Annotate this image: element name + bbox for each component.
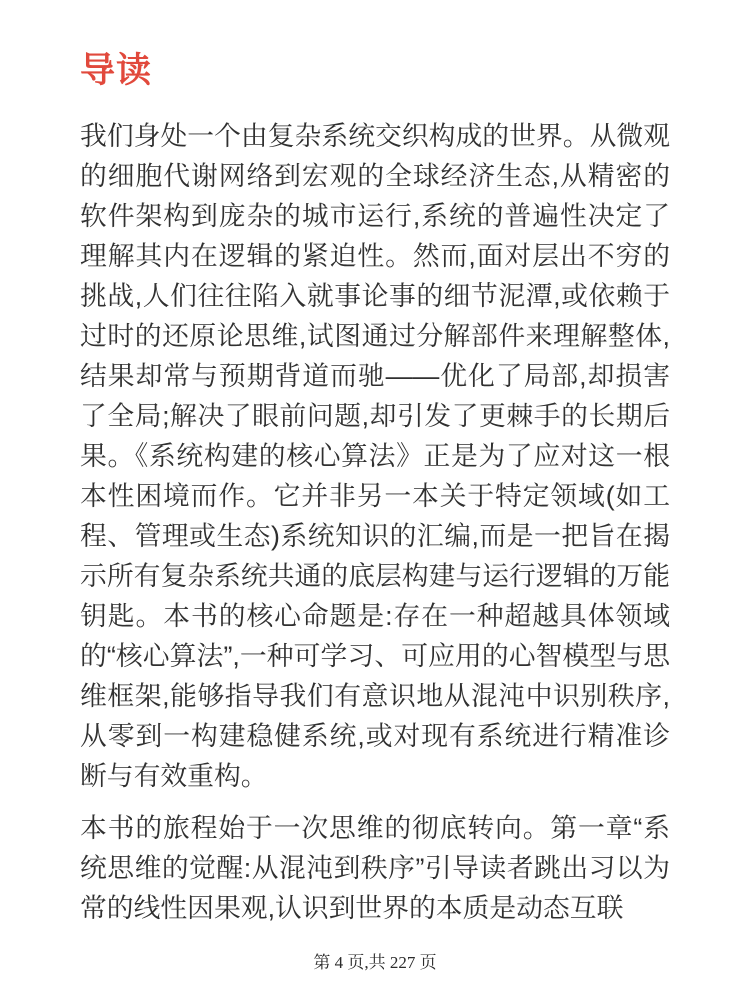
page-number-indicator: 第 4 页,共 227 页: [0, 952, 750, 974]
document-page: 导读 我们身处一个由复杂系统交织构成的世界。从微观的细胞代谢网络到宏观的全球经济…: [0, 0, 750, 1000]
paragraph-journey: 本书的旅程始于一次思维的彻底转向。第一章“系统思维的觉醒:从混沌到秩序”引导读者…: [80, 808, 670, 928]
paragraph-intro: 我们身处一个由复杂系统交织构成的世界。从微观的细胞代谢网络到宏观的全球经济生态,…: [80, 116, 670, 796]
page-title: 导读: [80, 50, 670, 92]
